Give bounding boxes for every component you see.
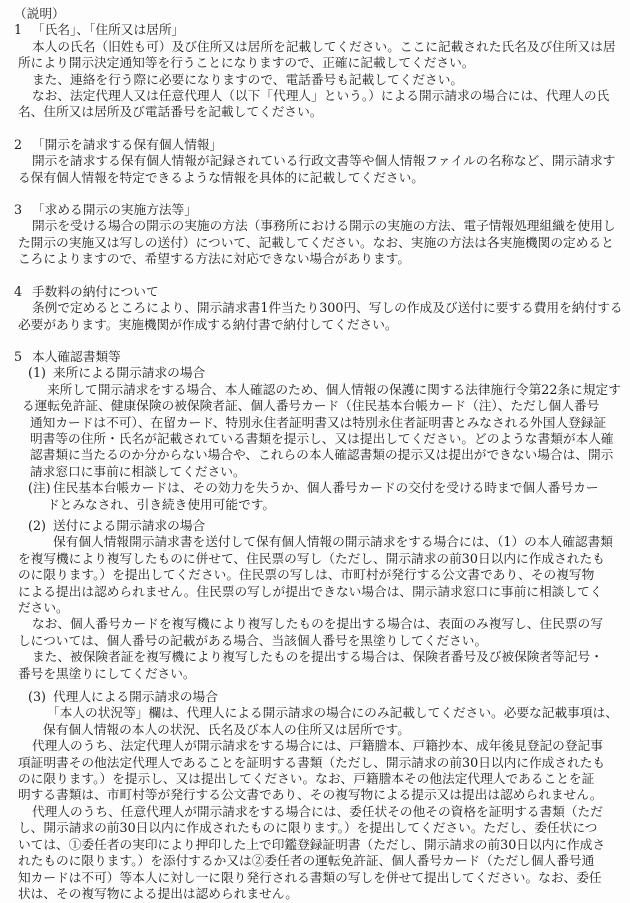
text-line-text: 代理人のうち、法定代理人が開示請求をする場合には、戸籍謄本、戸籍抄本、成年後見登…	[32, 738, 603, 754]
text-line-text: 保有個人情報開示請求書を送付して保有個人情報の開示請求をする場合には、（1）の本…	[53, 534, 613, 550]
text-line: 開示を請求する保有個人情報が記録されている行政文書等や個人情報ファイルの名称など…	[0, 153, 630, 169]
text-line-text: 保有個人情報の本人の状況、氏名及び本人の住所又は居所です。	[43, 722, 410, 738]
text-line-text: 請求窓口に事前に相談してください。	[30, 464, 246, 480]
section-number: 4	[14, 284, 32, 300]
text-line-text: 知カードは不可）等本人に対し一に限り発行される書類の写しを併せて提出してください…	[18, 870, 602, 886]
subsection-heading-text: 来所による開示請求の場合	[53, 365, 205, 381]
text-line-text: る運転免許証、健康保険の被保険者証、個人番号カード（住民基本台帳カード（注）、た…	[22, 398, 599, 414]
subsection-heading-text: 代理人による開示請求の場合	[53, 689, 218, 705]
text-line: し、開示請求の前30日以内に作成されたものに限ります。）を提出してください。ただ…	[0, 820, 630, 836]
text-line: 来所して開示請求をする場合、本人確認のため、個人情報の保護に関する法律施行令第2…	[0, 382, 630, 398]
note-line-text: 住民基本台帳カードは、その効力を失うか、個人番号カードの交付を受ける時まで個人番…	[53, 480, 599, 496]
text-line: 番号を黒塗りにしてください。	[0, 666, 630, 682]
text-line-text: また、被保険者証を複写機により複写したものを提出する場合は、保険者番号及び被保険…	[32, 649, 603, 665]
section-heading-text: 手数料の納付について	[32, 284, 159, 300]
section-heading: 5本人確認書類等	[0, 349, 630, 365]
subsection-label: (2)	[28, 518, 53, 534]
text-line-text: 代理人のうち、任意代理人が開示請求をする場合には、委任状その他その資格を証明する…	[32, 804, 603, 820]
text-line: 保有個人情報開示請求書を送付して保有個人情報の開示請求をする場合には、（1）の本…	[0, 534, 630, 550]
text-line-text: し、開示請求の前30日以内に作成されたものに限ります。）を提出してください。ただ…	[18, 820, 597, 836]
text-line-text: なお、個人番号カードを複写機により複写したものを提出する場合は、表面のみ複写し、…	[32, 616, 603, 632]
section-number: 1	[14, 22, 32, 38]
section-heading-text: 「求める開示の実施方法等」	[32, 202, 197, 218]
text-line-text: のに限ります。）を提出してください。住民票の写しは、市町村が発行する公文書であり…	[18, 567, 594, 583]
text-line-text: しについては、個人番号の記載がある場合、当該個人番号を黒塗りしてください。	[18, 633, 487, 649]
text-line: のに限ります。）を提示し、又は提出してください。なお、戸籍謄本その他法定代理人で…	[0, 771, 630, 787]
text-line: なお、個人番号カードを複写機により複写したものを提出する場合は、表面のみ複写し、…	[0, 616, 630, 632]
text-line: る保有個人情報を特定できるような情報を具体的に記載してください。	[0, 170, 630, 186]
text-line: しについては、個人番号の記載がある場合、当該個人番号を黒塗りしてください。	[0, 633, 630, 649]
section-heading-text: 「開示を請求する保有個人情報」	[32, 137, 222, 153]
text-line: なお、法定代理人又は任意代理人（以下「代理人」という。）による開示請求の場合には…	[0, 88, 630, 104]
text-line-text: れたものに限ります。）を添付するか又は②委任者の運転免許証、個人番号カード（ただ…	[18, 853, 594, 869]
text-line: を複写機により複写したものに併せて、住民票の写し（ただし、開示請求の前30日以内…	[0, 551, 630, 567]
text-line: 保有個人情報の本人の状況、氏名及び本人の住所又は居所です。	[0, 722, 630, 738]
text-line-text: 条例で定めるところにより、開示請求書1件当たり300円、写しの作成及び送付に要す…	[32, 300, 623, 316]
text-line-text: ドとみなされ、引き続き使用可能です。	[47, 497, 275, 513]
text-line: 代理人のうち、法定代理人が開示請求をする場合には、戸籍謄本、戸籍抄本、成年後見登…	[0, 738, 630, 754]
text-line-text: 状は、その複写物による提出は認められません。	[18, 886, 298, 902]
text-line: いては、①委任者の実印により押印した上で印鑑登録証明書（ただし、開示請求の前30…	[0, 837, 630, 853]
text-line: 「本人の状況等」欄は、代理人による開示請求の場合にのみ記載してください。必要な記…	[0, 705, 630, 721]
text-line: 所により開示決定通知等を行うことになりますので、正確に記載してください。	[0, 55, 630, 71]
subsection-heading: (3)代理人による開示請求の場合	[0, 689, 630, 705]
text-line: た開示の実施又は写しの送付）について、記載してください。なお、実施の方法は各実施…	[0, 235, 630, 251]
subsection-heading: (2)送付による開示請求の場合	[0, 518, 630, 534]
text-line-text: 明書等の住所・氏名が記載されている書類を提示し、又は提出してください。どのような…	[30, 431, 614, 447]
text-line: 請求窓口に事前に相談してください。	[0, 464, 630, 480]
text-line: ドとみなされ、引き続き使用可能です。	[0, 497, 630, 513]
section-heading: 2「開示を請求する保有個人情報」	[0, 137, 630, 153]
text-line-text: 開示を請求する保有個人情報が記録されている行政文書等や個人情報ファイルの名称など…	[32, 153, 615, 169]
text-line: 状は、その複写物による提出は認められません。	[0, 886, 630, 902]
text-line: 開示を受ける場合の開示の実施の方法（事務所における開示の実施の方法、電子情報処理…	[0, 218, 630, 234]
text-line-text: 来所して開示請求をする場合、本人確認のため、個人情報の保護に関する法律施行令第2…	[47, 382, 621, 398]
text-line: 本人の氏名（旧姓も可）及び住所又は居所を記載してください。ここに記載された氏名及…	[0, 39, 630, 55]
text-line-text: 開示を受ける場合の開示の実施の方法（事務所における開示の実施の方法、電子情報処理…	[32, 218, 616, 234]
section-heading-text: 「氏名」、「住所又は居所」	[32, 22, 184, 38]
subsection-heading-text: 送付による開示請求の場合	[53, 518, 205, 534]
subsection-label: (1)	[28, 365, 53, 381]
text-line-text: のに限ります。）を提示し、又は提出してください。なお、戸籍謄本その他法定代理人で…	[18, 771, 594, 787]
text-line-text: 番号を黒塗りにしてください。	[18, 666, 196, 682]
text-line: 通知カードは不可）、在留カード、特別永住者証明書又は特別永住者証明書とみなされる…	[0, 415, 630, 431]
text-line: 知カードは不可）等本人に対し一に限り発行される書類の写しを併せて提出してください…	[0, 870, 630, 886]
text-line: 明書等の住所・氏名が記載されている書類を提示し、又は提出してください。どのような…	[0, 431, 630, 447]
text-line-text: 項証明書その他法定代理人であることを証明する書類（ただし、開示請求の前30日以内…	[18, 755, 605, 771]
text-line-text: 認書類に当たるのか分からない場合や、これらの本人確認書類の提示又は提出ができない…	[30, 447, 613, 463]
text-line: ださい。	[0, 600, 630, 616]
text-line-text: 所により開示決定通知等を行うことになりますので、正確に記載してください。	[18, 55, 475, 71]
text-line: 明する書類は、市町村等が発行する公文書であり、その複写物による提示又は提出は認め…	[0, 787, 630, 803]
text-line-text: 通知カードは不可）、在留カード、特別永住者証明書又は特別永住者証明書とみなされる…	[30, 415, 606, 431]
subsection-heading: (1)来所による開示請求の場合	[0, 365, 630, 381]
section-number: 2	[14, 137, 32, 153]
text-line-text: なお、法定代理人又は任意代理人（以下「代理人」という。）による開示請求の場合には…	[32, 88, 609, 104]
text-line-text: 名、住所又は居所及び電話番号を記載してください。	[18, 104, 323, 120]
text-line-text: 必要があります。実施機関が作成する納付書で納付してください。	[18, 317, 398, 333]
text-line: また、連絡を行う際に必要になりますので、電話番号も記載してください。	[0, 72, 630, 88]
section-heading: 3「求める開示の実施方法等」	[0, 202, 630, 218]
text-line: 項証明書その他法定代理人であることを証明する書類（ただし、開示請求の前30日以内…	[0, 755, 630, 771]
text-line-text: 「本人の状況等」欄は、代理人による開示請求の場合にのみ記載してください。必要な記…	[47, 705, 618, 721]
note-line: (注)住民基本台帳カードは、その効力を失うか、個人番号カードの交付を受ける時まで…	[0, 480, 630, 496]
intro-label: （説明）	[0, 6, 630, 22]
section-heading-text: 本人確認書類等	[32, 349, 121, 365]
text-line-text: る保有個人情報を特定できるような情報を具体的に記載してください。	[18, 170, 424, 186]
text-line-text: また、連絡を行う際に必要になりますので、電話番号も記載してください。	[32, 72, 463, 88]
document-page: （説明）1「氏名」、「住所又は居所」本人の氏名（旧姓も可）及び住所又は居所を記載…	[0, 0, 630, 903]
text-line-text: による提出は認められません。住民票の写しが提出できない場合は、開示請求窓口に事前…	[18, 584, 602, 600]
section-heading: 1「氏名」、「住所又は居所」	[0, 22, 630, 38]
text-line: のに限ります。）を提出してください。住民票の写しは、市町村が発行する公文書であり…	[0, 567, 630, 583]
text-line: による提出は認められません。住民票の写しが提出できない場合は、開示請求窓口に事前…	[0, 584, 630, 600]
text-line-text: を複写機により複写したものに併せて、住民票の写し（ただし、開示請求の前30日以内…	[18, 551, 605, 567]
intro-label-text: （説明）	[14, 6, 65, 22]
text-line-text: た開示の実施又は写しの送付）について、記載してください。なお、実施の方法は各実施…	[18, 235, 614, 251]
subsection-label: (3)	[28, 689, 53, 705]
section-number: 3	[14, 202, 32, 218]
text-line: また、被保険者証を複写機により複写したものを提出する場合は、保険者番号及び被保険…	[0, 649, 630, 665]
text-line: 条例で定めるところにより、開示請求書1件当たり300円、写しの作成及び送付に要す…	[0, 300, 630, 316]
text-line-text: いては、①委任者の実印により押印した上で印鑑登録証明書（ただし、開示請求の前30…	[18, 837, 605, 853]
text-line: 必要があります。実施機関が作成する納付書で納付してください。	[0, 317, 630, 333]
text-line: れたものに限ります。）を添付するか又は②委任者の運転免許証、個人番号カード（ただ…	[0, 853, 630, 869]
text-line-text: 本人の氏名（旧姓も可）及び住所又は居所を記載してください。ここに記載された氏名及…	[32, 39, 616, 55]
text-line: ころによりますので、希望する方法に対応できない場合があります。	[0, 251, 630, 267]
text-line: 名、住所又は居所及び電話番号を記載してください。	[0, 104, 630, 120]
text-line: る運転免許証、健康保険の被保険者証、個人番号カード（住民基本台帳カード（注）、た…	[0, 398, 630, 414]
section-heading: 4手数料の納付について	[0, 284, 630, 300]
text-line-text: ださい。	[18, 600, 69, 616]
text-line: 認書類に当たるのか分からない場合や、これらの本人確認書類の提示又は提出ができない…	[0, 447, 630, 463]
text-line-text: ころによりますので、希望する方法に対応できない場合があります。	[18, 251, 410, 267]
text-line: 代理人のうち、任意代理人が開示請求をする場合には、委任状その他その資格を証明する…	[0, 804, 630, 820]
note-label: (注)	[28, 480, 53, 496]
section-number: 5	[14, 349, 32, 365]
text-line-text: 明する書類は、市町村等が発行する公文書であり、その複写物による提示又は提出は認め…	[18, 787, 602, 803]
